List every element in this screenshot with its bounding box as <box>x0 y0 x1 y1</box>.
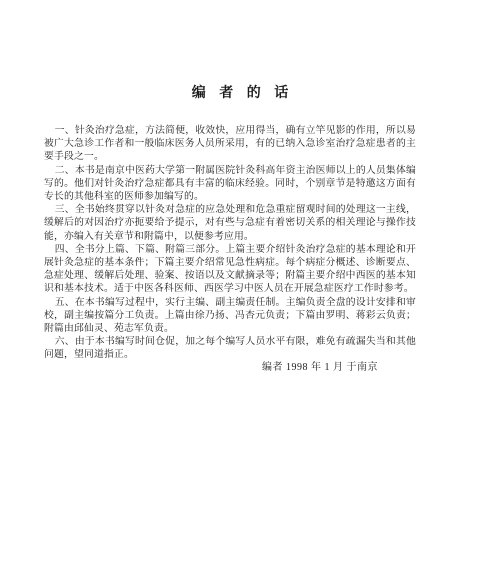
paragraph-1: 一、针灸治疗急症，方法简便，收效快，应用得当，确有立竿见影的作用，所以易被广大急… <box>44 124 416 164</box>
document-page: 编 者 的 话 一、针灸治疗急症，方法简便，收效快，应用得当，确有立竿见影的作用… <box>0 0 485 566</box>
paragraph-2: 二、本书是南京中医药大学第一附属医院针灸科高年资主治医师以上的人员集体编写的。他… <box>44 164 416 204</box>
preface-body: 一、针灸治疗急症，方法简便，收效快，应用得当，确有立竿见影的作用，所以易被广大急… <box>44 124 416 362</box>
signature-line: 编者 1998 年 1 月 于南京 <box>0 358 378 373</box>
paragraph-5: 五、在本书编写过程中，实行主编、副主编责任制。主编负责全盘的设计安排和审校，副主… <box>44 296 416 336</box>
page-title: 编 者 的 话 <box>0 82 485 102</box>
paragraph-4: 四、全书分上篇、下篇、附篇三部分。上篇主要介绍针灸治疗急症的基本理论和开展针灸急… <box>44 243 416 296</box>
paragraph-3: 三、全书始终贯穿以针灸对急症的应急处理和危急重症留观时间的处理这一主线，缓解后的… <box>44 203 416 243</box>
